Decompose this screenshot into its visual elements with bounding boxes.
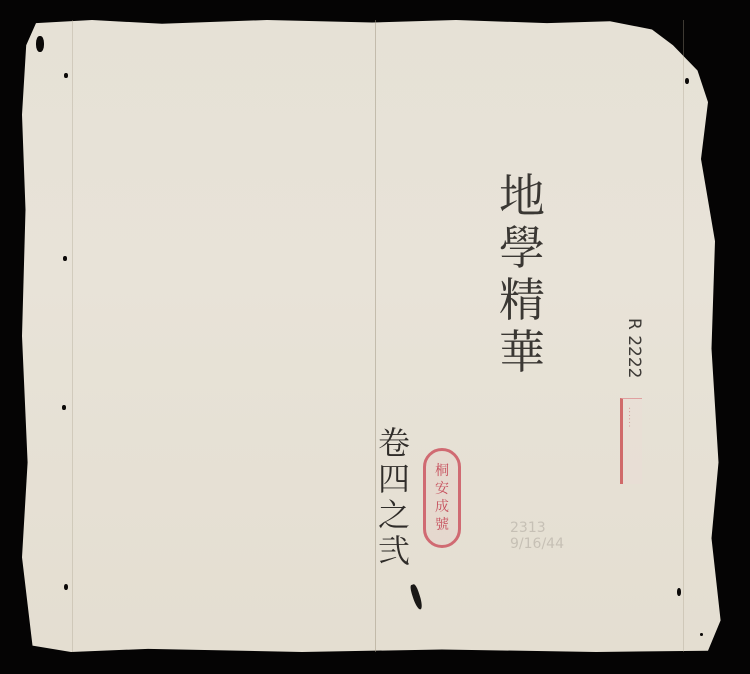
pencil-mark: 2313 9/16/44: [510, 520, 564, 552]
binding-hole: [677, 588, 681, 596]
volume-char: 弐: [378, 533, 410, 569]
shelfmark-number: R 2222: [624, 318, 644, 378]
label-slip-text: ......: [627, 407, 636, 428]
seal-char: 成: [435, 498, 449, 516]
binding-hole: [63, 256, 67, 261]
red-label-slip: ......: [620, 398, 642, 484]
title-char: 華: [499, 326, 545, 378]
pencil-mark-line: 2313: [510, 520, 564, 536]
binding-hole: [62, 405, 66, 410]
volume-char: 之: [378, 497, 410, 533]
binding-hole: [64, 73, 68, 78]
binding-hole: [700, 633, 703, 636]
seal-char: 桐: [435, 462, 449, 480]
manuscript-title: 地 學 精 華: [492, 170, 552, 378]
title-char: 學: [499, 222, 545, 274]
seal-char: 安: [435, 480, 449, 498]
title-char: 地: [499, 170, 545, 222]
pencil-mark-line: 9/16/44: [510, 536, 564, 552]
volume-char: 四: [378, 461, 410, 497]
binding-hole: [64, 584, 68, 590]
binding-hole: [36, 36, 44, 52]
seal-char: 號: [435, 516, 449, 534]
volume-char: 卷: [378, 425, 410, 461]
red-seal-stamp: 桐 安 成 號: [423, 448, 461, 548]
right-fold-line: [683, 20, 684, 652]
title-char: 精: [499, 274, 545, 326]
binding-hole: [685, 78, 689, 84]
left-fold-line: [72, 20, 73, 652]
volume-label: 卷 四 之 弐: [372, 425, 416, 569]
